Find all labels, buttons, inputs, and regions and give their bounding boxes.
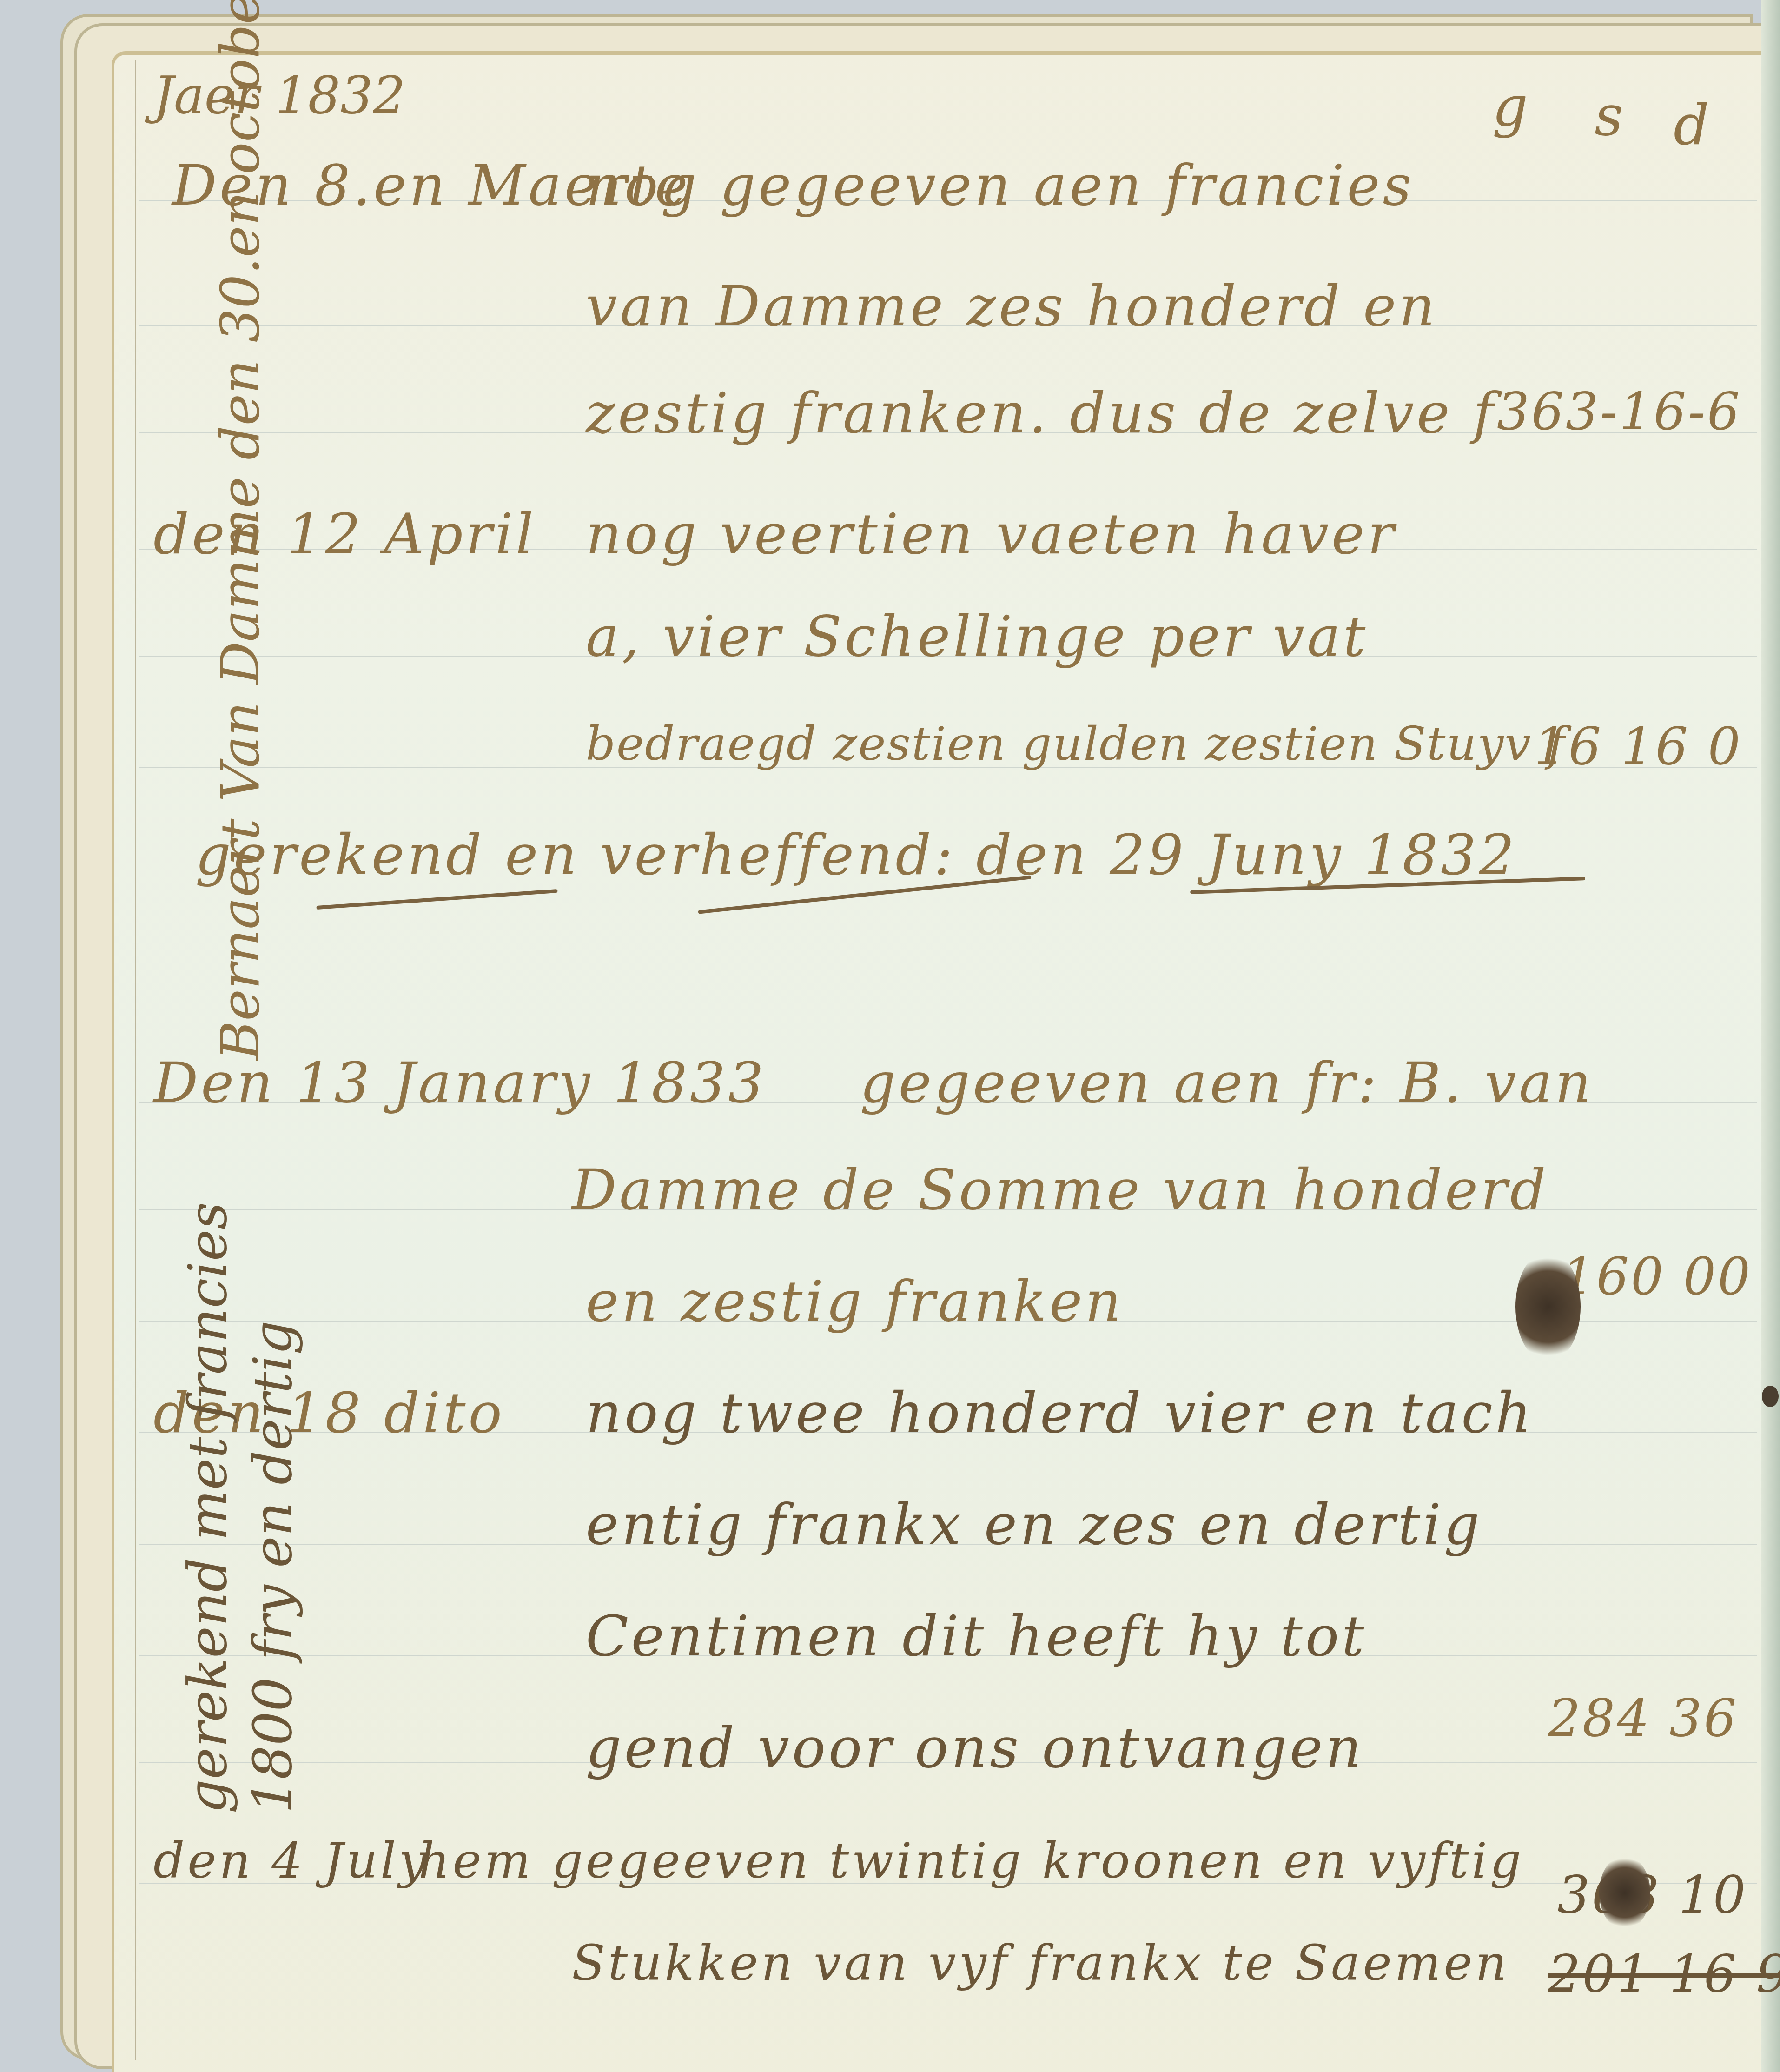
entry-line: nog twee honderd vier en tach (586, 1386, 1534, 1441)
entry-line: zestig franken. dus de zelve f (586, 386, 1496, 442)
ink-blot (1599, 1855, 1650, 1930)
binding-hole (1762, 1386, 1779, 1407)
ink-blot (1515, 1251, 1581, 1362)
entry-amount: 16 16 0 (1534, 721, 1742, 772)
entry-date: den 4 July (153, 1837, 429, 1886)
margin-note-vertical: gerekend met francies (181, 1202, 235, 1813)
entry-amount: 368 10 (1557, 1869, 1747, 1920)
entry-line: nog gegeeven aen francies (586, 158, 1414, 214)
entry-amount: 160 00 (1562, 1251, 1752, 1302)
entry-line: bedraegd zestien gulden zestien Stuyv f (586, 721, 1566, 767)
entry-line: Damme de Somme van honderd (572, 1162, 1548, 1218)
margin-note-vertical: 1800 fry en dertig (246, 1321, 300, 1813)
entry-amount: 363-16-6 (1497, 386, 1741, 437)
entry-line: Centimen dit heeft hy tot (586, 1609, 1367, 1665)
entry-line: en zestig franken (586, 1274, 1124, 1330)
entry-amount: 284 36 (1548, 1693, 1738, 1744)
column-header-deniers: d (1674, 98, 1709, 153)
column-header-stuivers: s (1595, 88, 1623, 144)
entry-line: Stukken van vyf frankx te Saemen (572, 1939, 1509, 1988)
book-gutter (1761, 0, 1780, 2072)
entry-line: van Damme zes honderd en (586, 279, 1438, 335)
entry-line: a, vier Schellinge per vat (586, 609, 1369, 665)
entry-date: Den 13 Janary 1833 (153, 1056, 767, 1111)
entry-line: nog veertien vaeten haver (586, 507, 1397, 563)
entry-line: entig frankx en zes en dertig (586, 1497, 1482, 1553)
column-header-guilders: g (1492, 79, 1528, 135)
entry-line: gegeeven aen fr: B. van (860, 1056, 1594, 1111)
struck-amount: 201 16 9 (1548, 1948, 1780, 1999)
entry-line: gend voor ons ontvangen (586, 1720, 1364, 1776)
entry-line: hem gegeeven twintig kroonen en vyftig (418, 1837, 1524, 1886)
year-heading: Jaer 1832 (153, 70, 405, 121)
margin-rule (135, 60, 136, 2060)
margin-note-vertical: Bernaert Van Damme den 30.en october (214, 0, 267, 1060)
settlement-note: gerekend en verheffend: den 29 Juny 1832 (195, 828, 1517, 883)
